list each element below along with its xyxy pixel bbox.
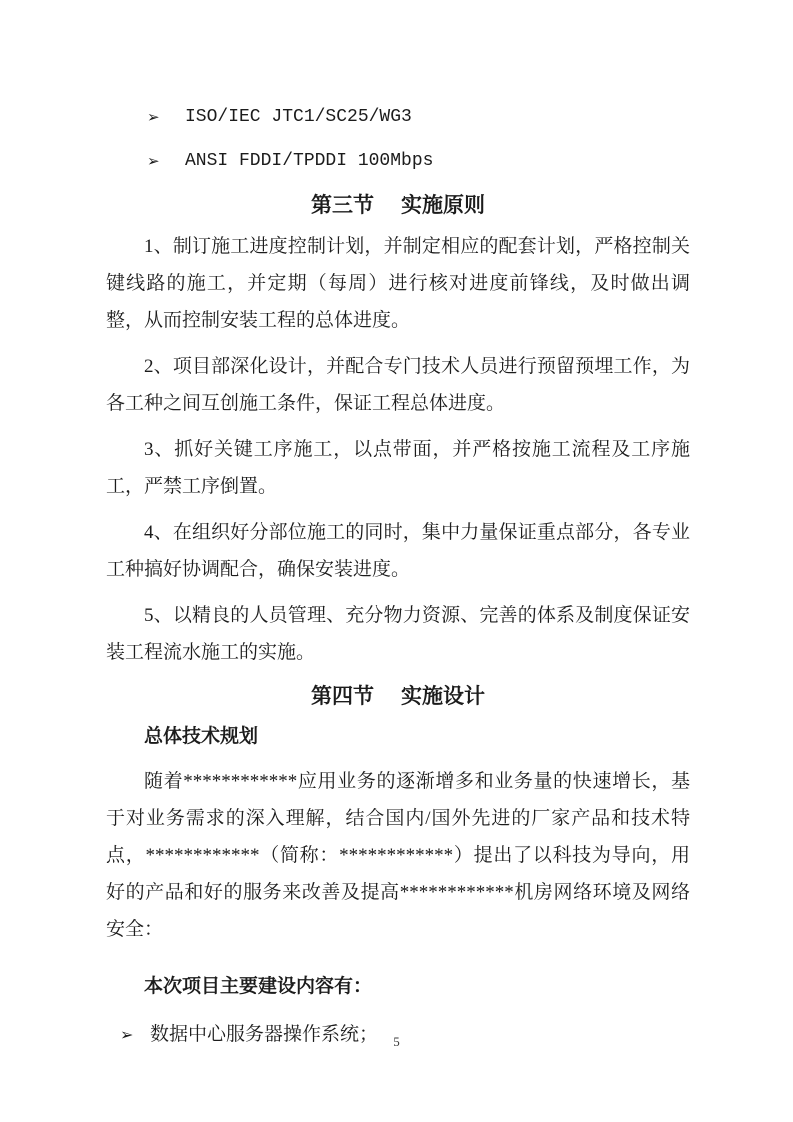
build-content-heading: 本次项目主要建设内容有：	[106, 968, 690, 1005]
section-title: 实施设计	[401, 685, 485, 708]
list-item: ➢ ISO/IEC JTC1/SC25/WG3	[106, 103, 690, 131]
arrow-bullet-icon: ➢	[147, 103, 185, 131]
intro-paragraph: 随着************应用业务的逐渐增多和业务量的快速增长，基于对业务需求…	[106, 763, 690, 948]
list-item-text: ISO/IEC JTC1/SC25/WG3	[185, 103, 412, 131]
section-title: 实施原则	[401, 194, 485, 217]
document-page: ➢ ISO/IEC JTC1/SC25/WG3 ➢ ANSI FDDI/TPDD…	[0, 0, 793, 1122]
document-content: ➢ ISO/IEC JTC1/SC25/WG3 ➢ ANSI FDDI/TPDD…	[0, 0, 793, 1050]
section-number: 第四节	[311, 685, 374, 708]
paragraph-1: 1、制订施工进度控制计划，并制定相应的配套计划，严格控制关键线路的施工，并定期（…	[106, 228, 690, 339]
paragraph-5: 5、以精良的人员管理、充分物力资源、完善的体系及制度保证安装工程流水施工的实施。	[106, 597, 690, 671]
paragraph-2: 2、项目部深化设计，并配合专门技术人员进行预留预埋工作，为各工种之间互创施工条件…	[106, 348, 690, 422]
paragraph-4: 4、在组织好分部位施工的同时，集中力量保证重点部分，各专业工种搞好协调配合，确保…	[106, 514, 690, 588]
section-heading-4: 第四节实施设计	[106, 682, 690, 712]
section-heading-3: 第三节实施原则	[106, 191, 690, 221]
subheading-overall-tech-plan: 总体技术规划	[106, 718, 690, 755]
section-number: 第三节	[311, 194, 374, 217]
list-item: ➢ ANSI FDDI/TPDDI 100Mbps	[106, 147, 690, 175]
arrow-bullet-icon: ➢	[147, 147, 185, 175]
page-number: 5	[0, 1034, 793, 1050]
list-item-text: ANSI FDDI/TPDDI 100Mbps	[185, 147, 433, 175]
paragraph-3: 3、抓好关键工序施工，以点带面，并严格按施工流程及工序施工，严禁工序倒置。	[106, 431, 690, 505]
